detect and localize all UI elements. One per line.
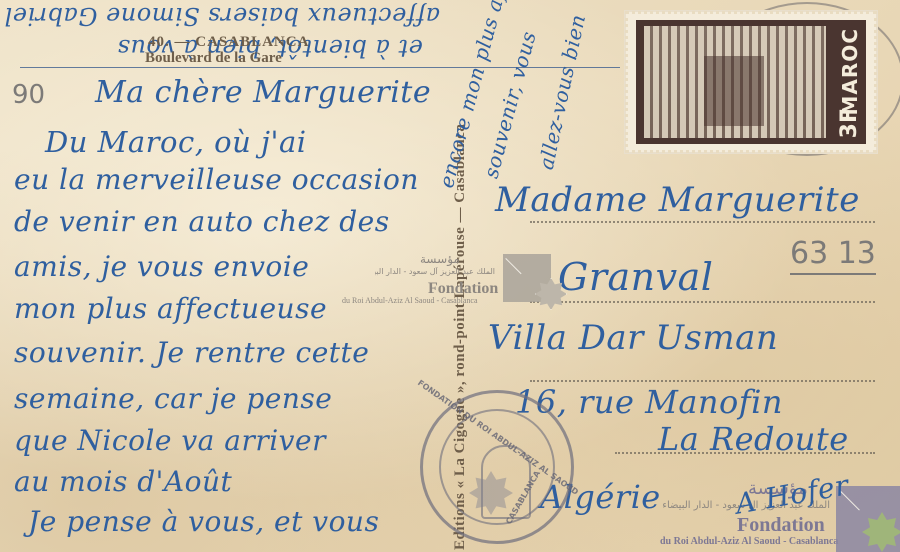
seal-text-bottom: CASABLANCA xyxy=(504,469,542,526)
upside-down-note-line-1: affectueux baisers Simone Gabriel xyxy=(30,2,440,30)
message-line: semaine, car je pense xyxy=(14,382,332,415)
foundation-ink-seal: FONDATION DU ROI ABDUL-AZIZ AL SAOUD CAS… xyxy=(420,390,574,544)
address-rule xyxy=(530,380,875,382)
address-line: La Redoute xyxy=(658,420,849,458)
seal-text: FONDATION DU ROI ABDUL-AZIZ AL SAOUD CAS… xyxy=(423,393,571,541)
address-rule xyxy=(530,301,875,303)
margin-note-line-3: allez-vous bien xyxy=(534,12,590,172)
message-line: Ma chère Marguerite xyxy=(95,75,431,110)
message-line: mon plus affectueuse xyxy=(14,292,327,325)
signature: A Hofer xyxy=(733,468,851,520)
postcard-back: affectueux baisers Simone Gabriel et à b… xyxy=(0,0,900,552)
pencil-number: 90 xyxy=(12,80,45,110)
message-line: Du Maroc, où j'ai xyxy=(45,125,307,159)
message-line: Je pense à vous, et vous xyxy=(28,505,379,538)
message-line: que Nicole va arriver xyxy=(14,424,326,457)
message-line: eu la merveilleuse occasion xyxy=(14,163,419,196)
postage-stamp: MAROC 3F xyxy=(626,12,876,152)
address-line: Granval xyxy=(558,255,713,299)
watermark-caption: du Roi Abdul-Aziz Al Saoud - Casablanca xyxy=(342,296,478,305)
address-rule xyxy=(530,221,875,223)
watermark-arabic-title: مؤسسة xyxy=(420,252,460,266)
watermark-caption: du Roi Abdul-Aziz Al Saoud - Casablanca xyxy=(660,536,838,547)
archive-reference: 63 13 xyxy=(790,236,876,275)
message-line: de venir en auto chez des xyxy=(14,205,390,238)
stamp-country: MAROC xyxy=(838,28,862,115)
message-line: au mois d'Août xyxy=(14,465,232,498)
message-line: amis, je vous envoie xyxy=(14,250,309,283)
printed-caption-title: 40. — CASABLANCA xyxy=(148,34,309,51)
stamp-value: 3F xyxy=(837,108,862,138)
printed-caption-subtitle: Boulevard de la Gare xyxy=(145,50,282,67)
stamp-engraving: MAROC 3F xyxy=(636,20,866,144)
message-line: souvenir. Je rentre cette xyxy=(14,336,369,369)
city-view-illustration xyxy=(644,26,826,138)
watermark-arabic-subtitle: الملك عبد العزيز آل سعود - الدار البيضاء xyxy=(375,267,495,276)
address-line: Villa Dar Usman xyxy=(488,318,778,358)
address-line: Madame Marguerite xyxy=(495,180,860,220)
